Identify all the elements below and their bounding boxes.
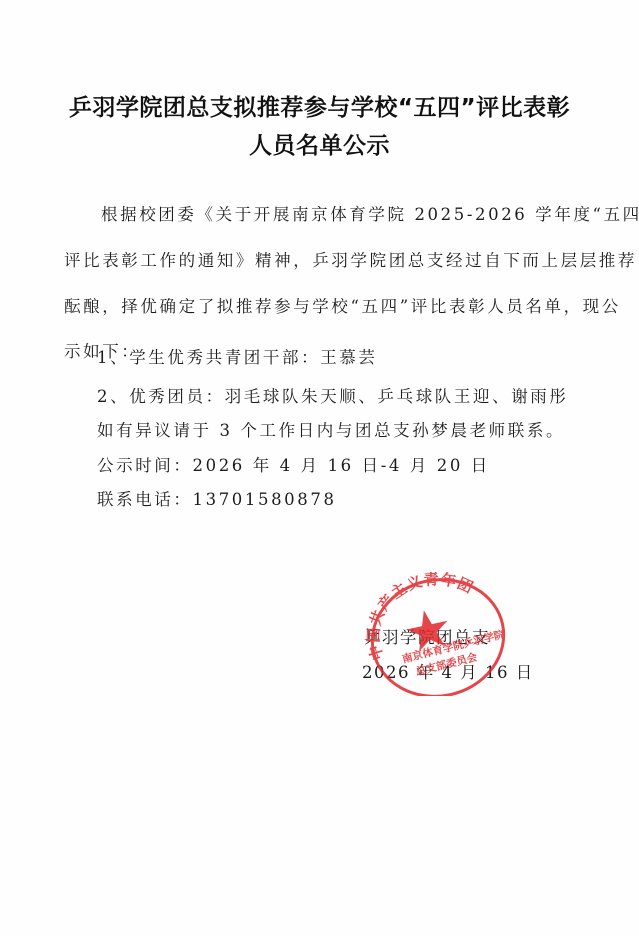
document-title-line-1: 乒羽学院团总支拟推荐参与学校“五四”评比表彰 bbox=[0, 89, 639, 122]
list-item-members: 2、优秀团员：羽毛球队朱天顺、乒乓球队王迎、谢雨彤 bbox=[97, 383, 617, 407]
body-paragraph-line-2: 评比表彰工作的通知》精神，乒羽学院团总支经过自下而上层层推荐 bbox=[64, 247, 584, 271]
body-paragraph-line-3: 酝酿，择优确定了拟推荐参与学校“五四”评比表彰人员名单，现公 bbox=[64, 293, 584, 317]
official-stamp-icon: 中国共产主义青年团 南京体育学院乒羽学院 总支部委员会 bbox=[362, 572, 514, 696]
document-page: 乒羽学院团总支拟推荐参与学校“五四”评比表彰 人员名单公示 根据校团委《关于开展… bbox=[0, 0, 639, 936]
notice-period: 公示时间：2026 年 4 月 16 日-4 月 20 日 bbox=[97, 452, 617, 476]
objection-note: 如有异议请于 3 个工作日内与团总支孙梦晨老师联系。 bbox=[97, 417, 617, 441]
document-title-line-2: 人员名单公示 bbox=[0, 127, 639, 160]
body-paragraph-line-1: 根据校团委《关于开展南京体育学院 2025-2026 学年度“五四” bbox=[101, 201, 621, 225]
contact-phone: 联系电话：13701580878 bbox=[97, 486, 617, 510]
list-item-cadre: 1、学生优秀共青团干部：王慕芸 bbox=[97, 344, 617, 368]
